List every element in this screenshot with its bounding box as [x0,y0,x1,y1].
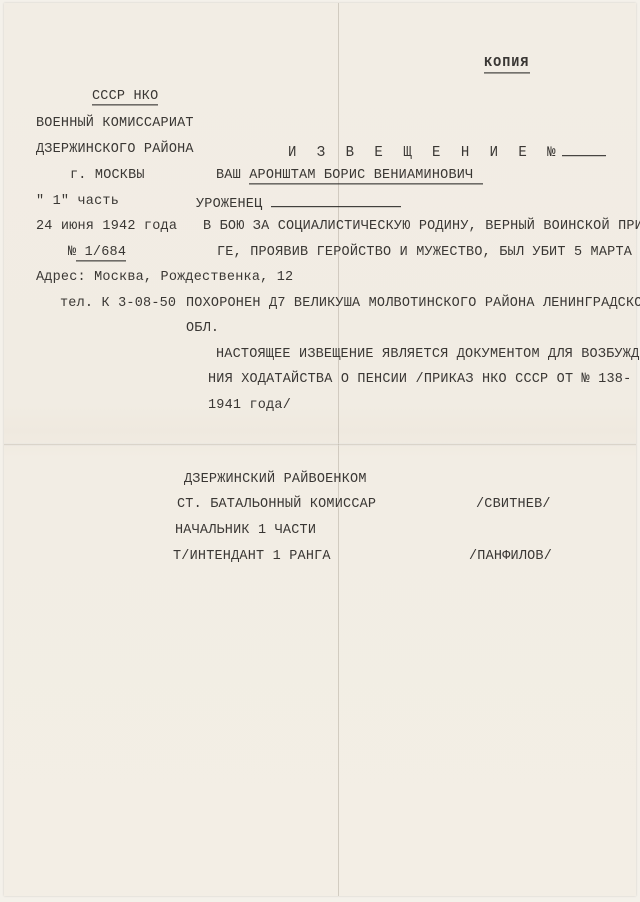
signer-2-title-1: НАЧАЛЬНИК 1 ЧАСТИ [175,523,316,540]
org-line-4: г. МОСКВЫ [70,168,145,185]
org-line-1: СССР НКО [92,89,158,106]
body-line-2: ГЕ, ПРОЯВИВ ГЕРОЙСТВО И МУЖЕСТВО, БЫЛ УБ… [217,245,640,262]
native-label: УРОЖЕНЕЦ [196,197,262,213]
document-number: № 1/684 [68,245,126,262]
signer-1-name: /СВИТНЕВ/ [476,497,551,514]
title-text: И З В Е Щ Е Н И Е № [288,145,562,162]
phone: тел. К 3-08-50 [60,296,176,313]
native-blank [271,194,401,208]
title-number-blank [562,143,606,157]
org-line-2: ВОЕННЫЙ КОМИССАРИАТ [36,116,194,133]
document-date: 24 июня 1942 года [36,219,177,236]
org-line-3: ДЗЕРЖИНСКОГО РАЙОНА [36,142,194,159]
notice-title: И З В Е Щ Е Н И Е № [288,143,606,162]
notice-line-2: НИЯ ХОДАТАЙСТВА О ПЕНСИИ /ПРИКАЗ НКО ССС… [208,372,631,389]
number-value: 1/684 [76,245,126,262]
addressee-prefix: ВАШ [216,168,241,184]
address: Адрес: Москва, Рождественка, 12 [36,270,293,287]
signer-2-name: /ПАНФИЛОВ/ [469,549,552,566]
signer-2-title-2: Т/ИНТЕНДАНТ 1 РАНГА [173,549,331,566]
document-page [4,3,636,896]
body-line-1: В БОЮ ЗА СОЦИАЛИСТИЧЕСКУЮ РОДИНУ, ВЕРНЫЙ… [203,219,640,236]
office-name: ДЗЕРЖИНСКИЙ РАЙВОЕНКОМ [184,472,367,489]
copy-stamp: КОПИЯ [484,56,530,74]
vertical-fold-line [338,3,339,896]
body-line-3: ПОХОРОНЕН Д7 ВЕЛИКУША МОЛВОТИНСКОГО РАЙО… [186,296,640,313]
body-line-4: ОБЛ. [186,321,219,338]
horizontal-fold-line [4,443,636,446]
signer-1-title: СТ. БАТАЛЬОННЫЙ КОМИССАР [177,497,376,514]
addressee-name: АРОНШТАМ БОРИС ВЕНИАМИНОВИЧ [249,168,483,185]
department: " 1" часть [36,194,119,211]
addressee-line: ВАШ АРОНШТАМ БОРИС ВЕНИАМИНОВИЧ [216,168,483,185]
notice-line-1: НАСТОЯЩЕЕ ИЗВЕЩЕНИЕ ЯВЛЯЕТСЯ ДОКУМЕНТОМ … [216,347,640,364]
org-ussr-nko: СССР НКО [92,89,158,106]
notice-line-3: 1941 года/ [208,398,291,415]
native-line: УРОЖЕНЕЦ [196,194,401,214]
